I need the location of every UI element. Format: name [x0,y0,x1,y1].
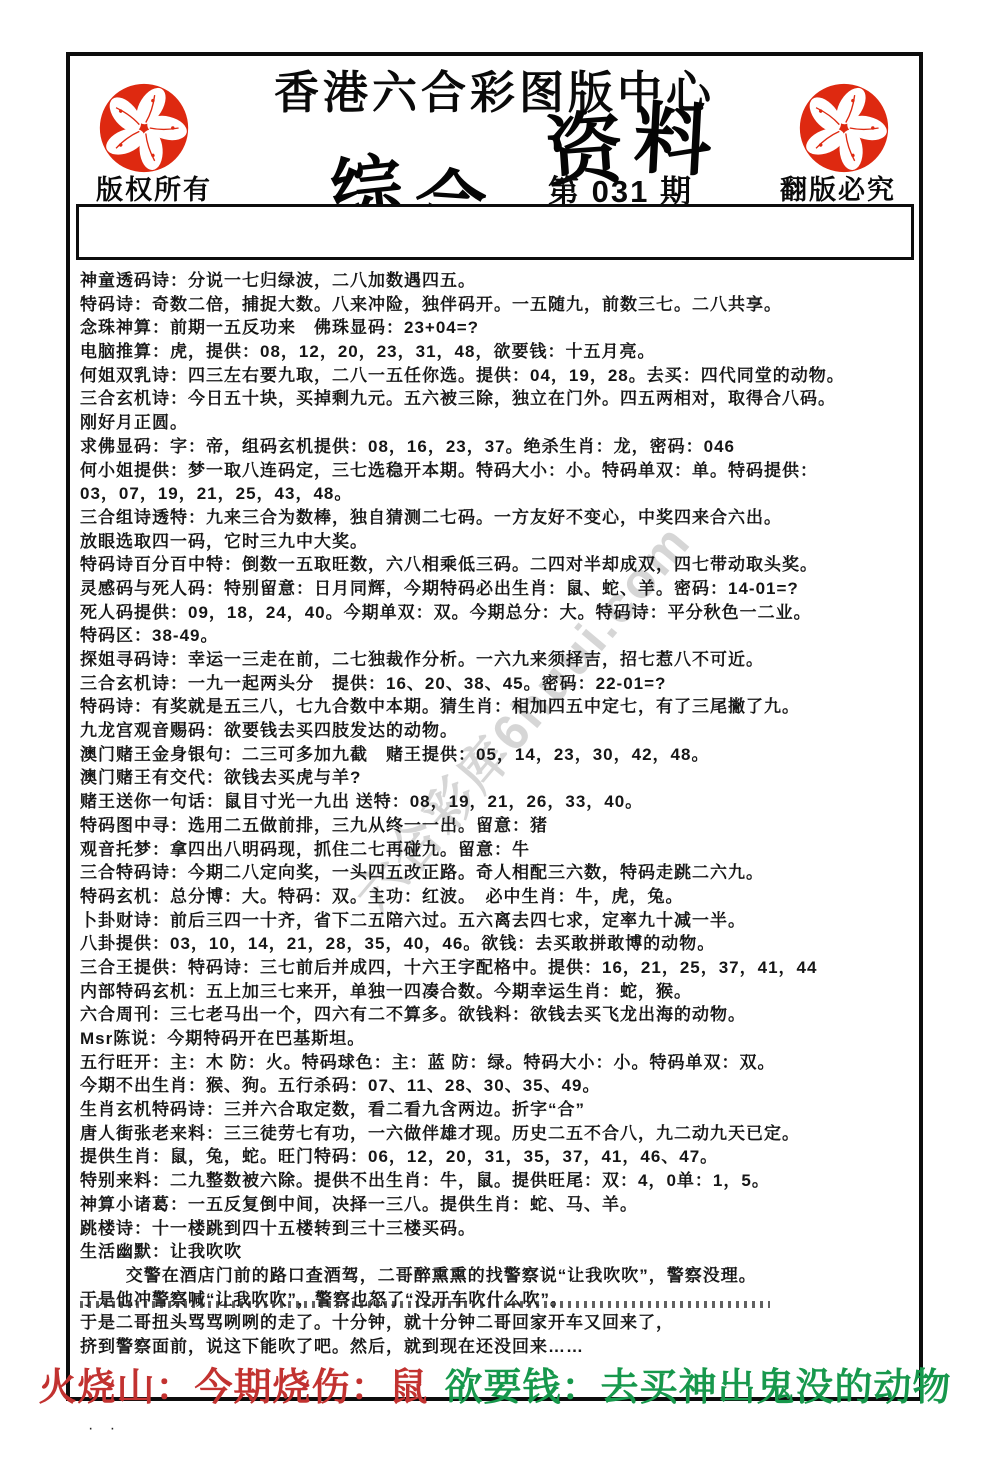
scanned-lottery-sheet: 香港六合彩图版中心 [0,0,984,1457]
copyright-right-label: 翻版必究 [780,168,896,207]
text-line: 特码诗：奇数二倍，捕捉大数。八来冲险，独伴码开。一五随九，前数三七。二八共享。 [80,293,880,317]
text-line: 灵感码与死人码：特别留意：日月同辉，今期特码必出生肖：鼠、蛇、羊。密码：14-0… [80,577,880,601]
text-line: 三合特码诗：今期二八定向奖，一头四五改正路。奇人相配三六数，特码走跳二六九。 [80,861,880,885]
text-line: 观音托梦：拿四出八明码现，抓住二七再碰九。留意：牛 [80,838,880,862]
text-line: 03，07，19，21，25，43，48。 [80,482,880,506]
blank-result-box [76,204,914,260]
copyright-left-label: 版权所有 [96,168,212,207]
overprint-artifact [80,1301,770,1308]
text-line: 于是二哥扭头骂骂咧咧的走了。十分钟，就十分钟二哥回家开车又回来了， [80,1311,880,1335]
text-line: 何小姐提供：梦一取八连码定，三七选稳开本期。特码大小：小。特码单双：单。特码提供… [80,459,880,483]
text-line: 八卦提供：03，10，14，21，28，35，40，46。欲钱：去买敢拼敢博的动… [80,932,880,956]
text-line: 神算小诸葛：一五反复倒中间，决择一三八。提供生肖：蛇、马、羊。 [80,1193,880,1217]
text-line: 今期不出生肖：猴、狗。五行杀码：07、11、28、30、35、49。 [80,1074,880,1098]
text-line: 死人码提供：09，18，24，40。今期单双：双。今期总分：大。特码诗：平分秋色… [80,601,880,625]
text-line: 求佛显码：字：帝，组码玄机提供：08，16，23，37。绝杀生肖：龙，密码：04… [80,435,880,459]
text-line: 跳楼诗：十一楼跳到四十五楼转到三十三楼买码。 [80,1217,880,1241]
page-bottom-marks: · · [88,1420,121,1438]
text-line: 特码诗：有奖就是五三八，七九合数中本期。猜生肖：相加四五中定七，有了三尾撇了九。 [80,695,880,719]
text-line: 特码玄机：总分博：大。特码：双。主功：红波。 必中生肖：牛，虎，兔。 [80,885,880,909]
text-line: 特码图中寻：选用二五做前排，三九从终一一出。留意：猪 [80,814,880,838]
text-line: 赌王送你一句话：鼠目寸光一九出 送特：08，19，21，26，33，40。 [80,790,880,814]
text-line: 澳门赌王金身银句：二三可多加九截 赌王提供：05，14，23，30，42，48。 [80,743,880,767]
text-line: 生肖玄机特码诗：三并六合取定数，看二看九含两边。折字“合” [80,1098,880,1122]
text-line: 刚好月正圆。 [80,411,880,435]
footer-money-text: 欲要钱：去买神出鬼没的动物 [445,1356,952,1411]
footer-fire-text: 火烧山：今期烧伤：鼠 [38,1356,428,1411]
text-line: 澳门赌王有交代：欲钱去买虎与羊? [80,766,880,790]
text-line: 特码区：38-49。 [80,624,880,648]
text-line: 五行旺开：主：木 防：火。特码球色：主：蓝 防：绿。特码大小：小。特码单双：双。 [80,1051,880,1075]
text-line: 生活幽默：让我吹吹 [80,1240,880,1264]
text-line: 卜卦财诗：前后三四一十齐，省下二五陪六过。五六离去四七求，定率九十减一半。 [80,909,880,933]
text-line: 电脑推算：虎，提供：08，12，20，23，31，48，欲要钱：十五月亮。 [80,340,880,364]
text-line: 探姐寻码诗：幸运一三走在前，二七独裁作分析。一六九来须择吉，招七惹八不可近。 [80,648,880,672]
text-line: 内部特码玄机：五上加三七来开，单独一四凑合数。今期幸运生肖：蛇，猴。 [80,980,880,1004]
text-line: 唐人街张老来料：三三徒劳七有功，一六做伴雄才现。历史二五不合八，九二动九天已定。 [80,1122,880,1146]
text-line: 三合玄机诗：一九一起两头分 提供：16、20、38、45。密码：22-01=? [80,672,880,696]
text-line: 六合周刊：三七老马出一个，四六有二不算多。欲钱料：欲钱去买飞龙出海的动物。 [80,1003,880,1027]
text-line: 三合组诗透特：九来三合为数棒，独自猜测二七码。一方友好不变心，中奖四来合六出。 [80,506,880,530]
text-line: Msr陈说：今期特码开在巴基斯坦。 [80,1027,880,1051]
text-line: 特别来料：二九整数被六除。提供不出生肖：牛，鼠。提供旺尾：双：4，0单：1，5。 [80,1169,880,1193]
text-line: 神童透码诗：分说一七归绿波，二八加数遇四五。 [80,269,880,293]
text-line: 三合玄机诗：今日五十块，买掉剩九元。五六被三除，独立在门外。四五两相对，取得合八… [80,387,880,411]
text-line: 何姐双乳诗：四三左右要九取，二八一五任你选。提供：04，19，28。去买：四代同… [80,364,880,388]
text-line: 交警在酒店门前的路口查酒驾，二哥醉熏熏的找警察说“让我吹吹”，警察没理。 [80,1264,880,1288]
text-line: 放眼选取四一码，它时三九中大奖。 [80,530,880,554]
text-line: 念珠神算：前期一五反功来 佛珠显码：23+04=? [80,316,880,340]
page-title: 香港六合彩图版中心 [66,56,923,121]
text-line: 特码诗百分百中特：倒数一五取旺数，六八相乘低三码。二四对半却成双，四七带动取头奖… [80,553,880,577]
text-line: 三合王提供：特码诗：三七前后并成四，十六王字配格中。提供：16，21，25，37… [80,956,880,980]
text-line: 提供生肖：鼠，兔，蛇。旺门特码：06，12，20，31，35，37，41，46、… [80,1145,880,1169]
footer-prediction-line: 火烧山：今期烧伤：鼠 欲要钱：去买神出鬼没的动物 [74,1356,916,1411]
text-line: 九龙宫观音赐码：欲要钱去买四肢发达的动物。 [80,719,880,743]
body-text-block: 神童透码诗：分说一七归绿波，二八加数遇四五。特码诗：奇数二倍，捕捉大数。八来冲险… [80,269,880,1359]
